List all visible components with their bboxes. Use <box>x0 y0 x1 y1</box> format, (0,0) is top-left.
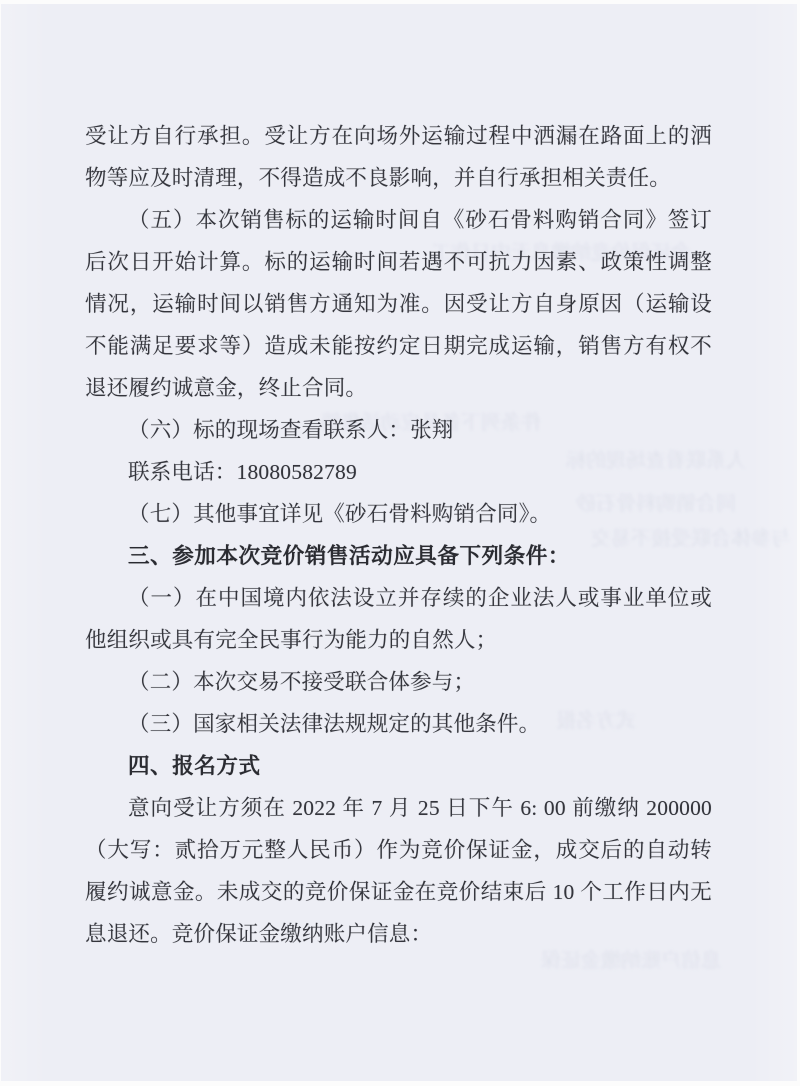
text-line: （一）在中国境内依法设立并存续的企业法人或事业单位或其 <box>85 577 712 619</box>
deposit-deadline-line: 意向受让方须在 2022 年 7 月 25 日下午 6: 00 前缴纳 2000… <box>85 787 712 829</box>
text-line: （五）本次销售标的运输时间自《砂石骨料购销合同》签订 <box>85 199 712 241</box>
text-line: （大写：贰拾万元整人民币）作为竞价保证金，成交后的自动转为 <box>85 829 712 871</box>
text-line: 后次日开始计算。标的运输时间若遇不可抗力因素、政策性调整等 <box>85 241 712 283</box>
contact-person-line: （六）标的现场查看联系人：张翔 <box>85 409 712 451</box>
text-line: （二）本次交易不接受联合体参与； <box>85 661 712 703</box>
contact-phone-line: 联系电话：18080582789 <box>85 451 712 493</box>
text-line: 情况，运输时间以销售方通知为准。因受让方自身原因（运输设备 <box>85 283 712 325</box>
text-line: 退还履约诚意金，终止合同。 <box>85 367 712 409</box>
text-line: （七）其他事宜详见《砂石骨料购销合同》。 <box>85 493 712 535</box>
text-line: （三）国家相关法律法规规定的其他条件。 <box>85 703 712 745</box>
document-body: 受让方自行承担。受让方在向场外运输过程中洒漏在路面上的洒漏 物等应及时清理，不得… <box>85 115 712 955</box>
text-line: 受让方自行承担。受让方在向场外运输过程中洒漏在路面上的洒漏 <box>85 115 712 157</box>
scanned-document-page: 金证保价竞纳缴息无内日作工 件条列下备具应动活售销 人系联看查场现的标 同合销购… <box>1 4 797 1081</box>
text-line: 他组织或具有完全民事行为能力的自然人； <box>85 619 712 661</box>
text-line: 履约诚意金。未成交的竞价保证金在竞价结束后 10 个工作日内无 <box>85 871 712 913</box>
text-line: 息退还。竞价保证金缴纳账户信息： <box>85 913 712 955</box>
text-line: 物等应及时清理，不得造成不良影响，并自行承担相关责任。 <box>85 157 712 199</box>
section-heading-4: 四、报名方式 <box>85 745 712 787</box>
section-heading-3: 三、参加本次竞价销售活动应具备下列条件： <box>85 535 712 577</box>
text-line: 不能满足要求等）造成未能按约定日期完成运输，销售方有权不予 <box>85 325 712 367</box>
